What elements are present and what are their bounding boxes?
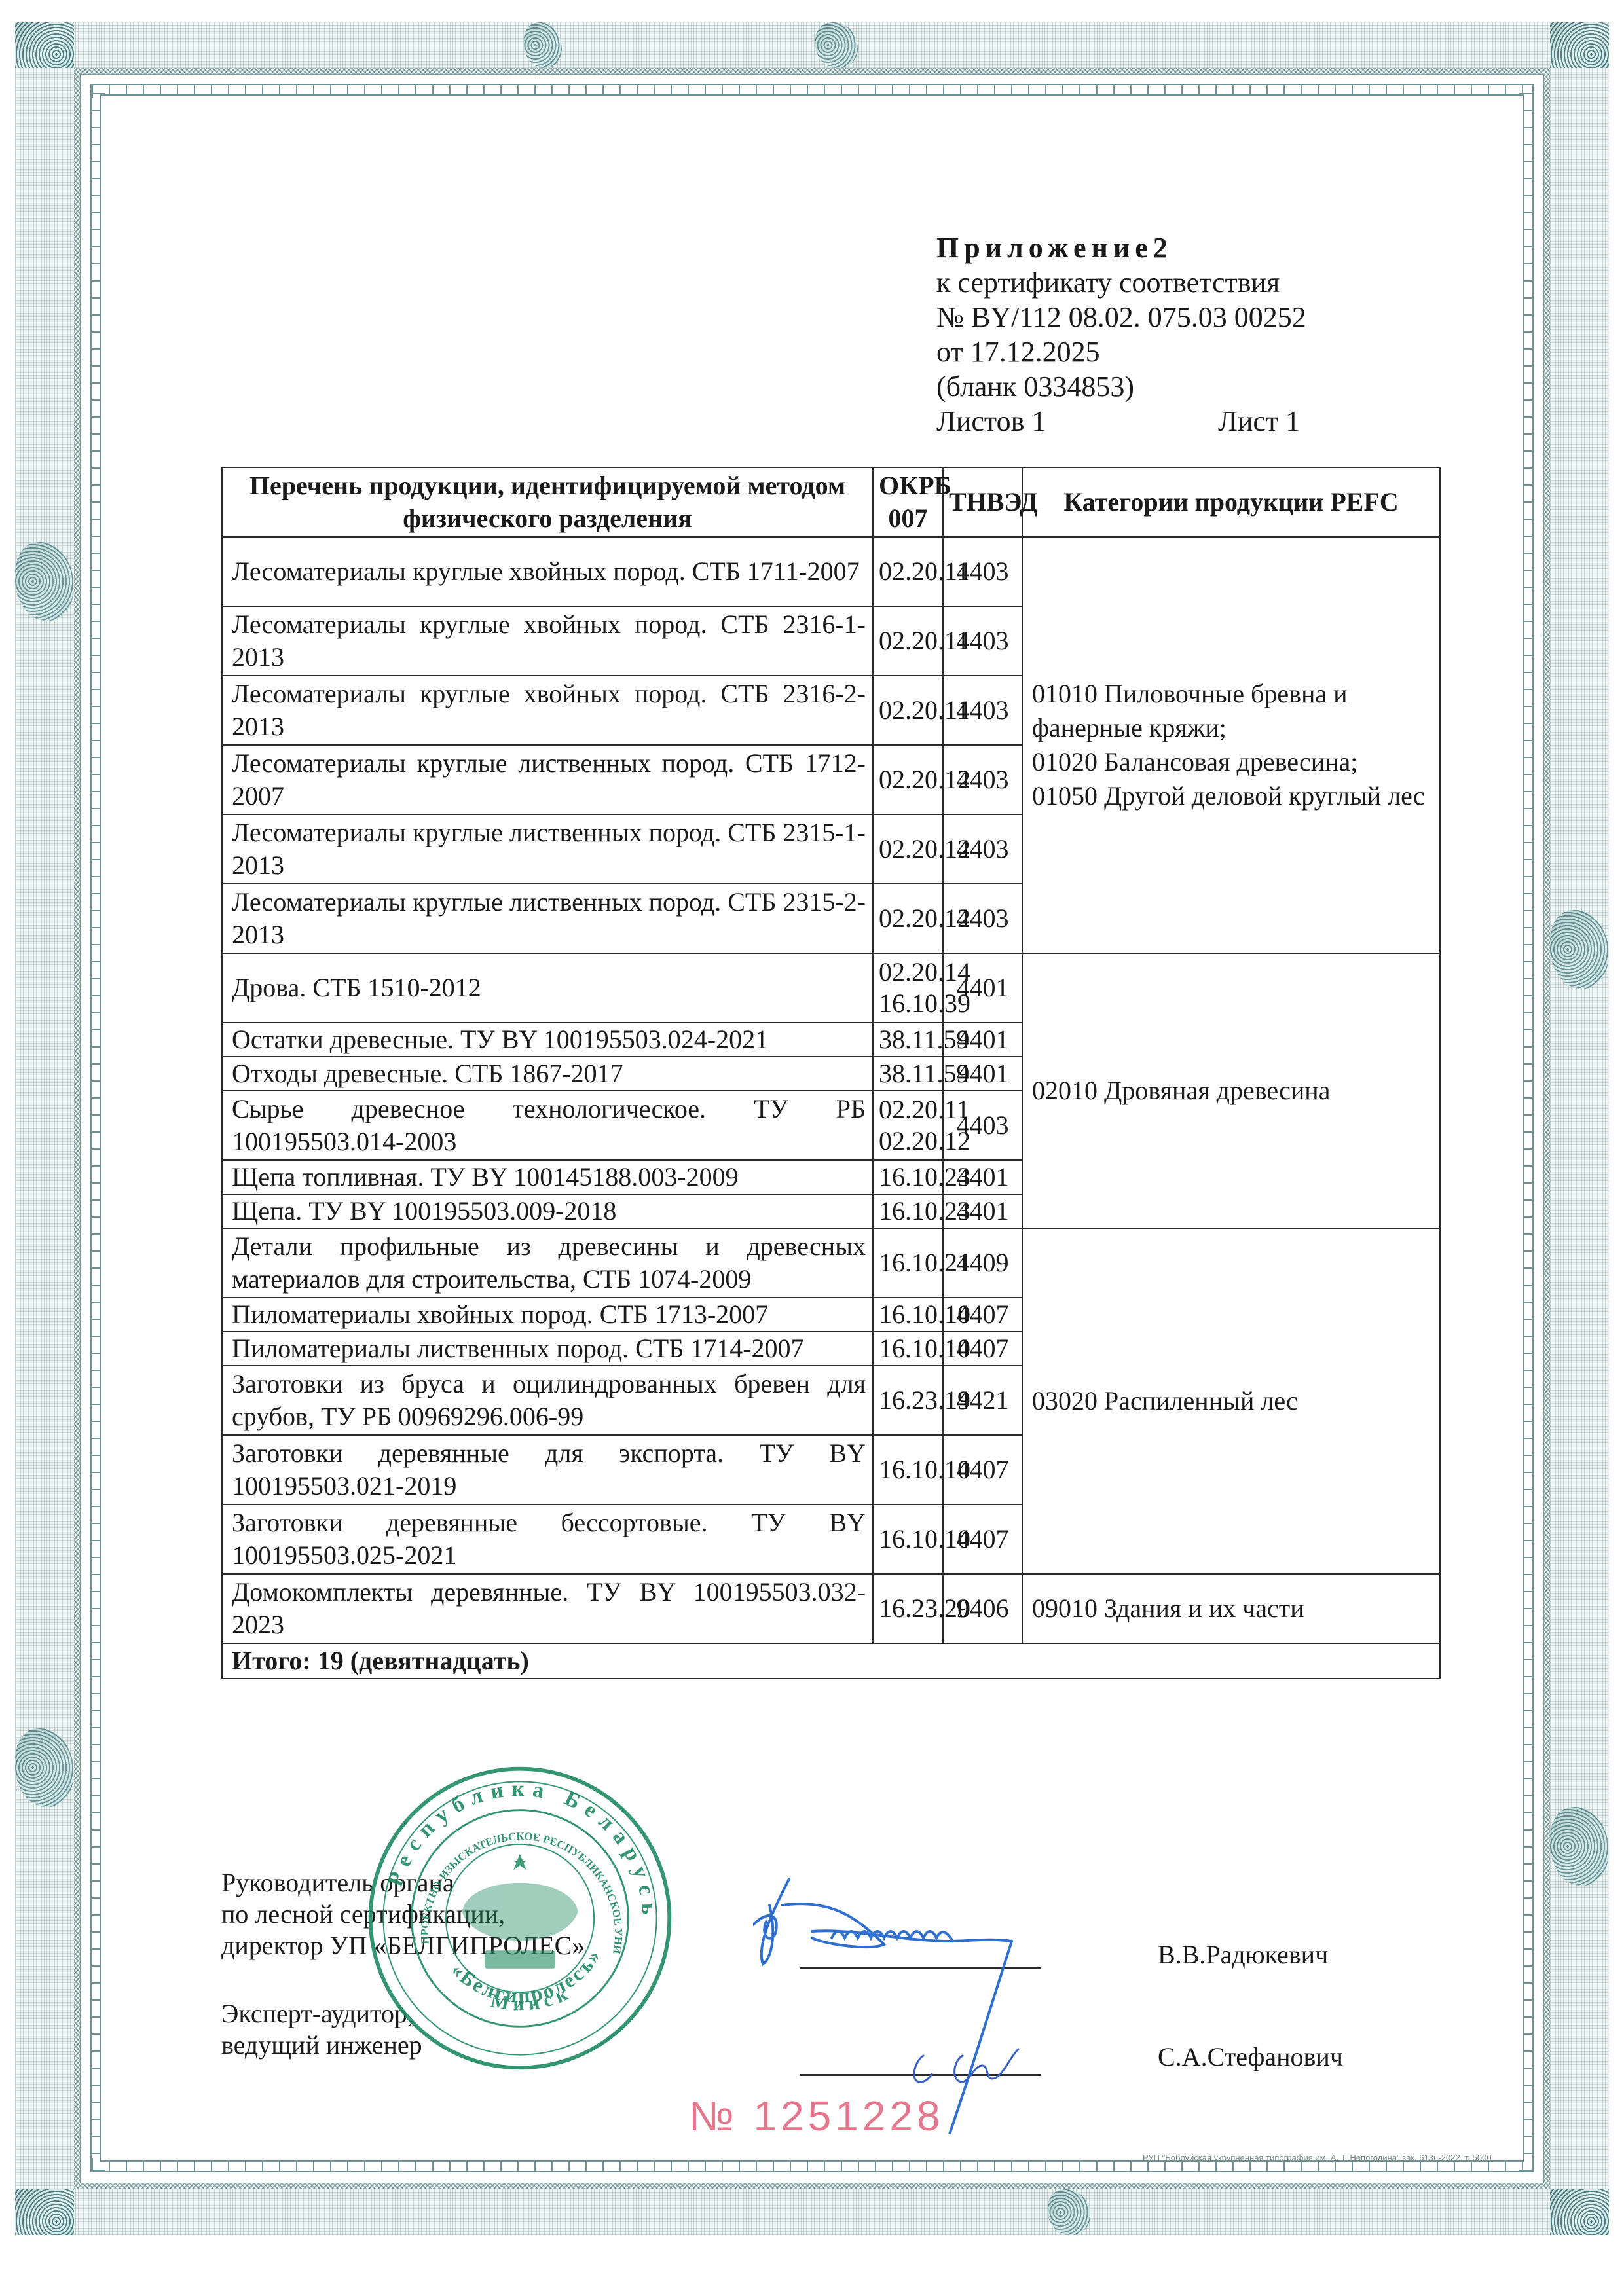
- product-name: Дрова. СТБ 1510-2012: [222, 953, 873, 1023]
- okrb-code-value: 02.20.12: [879, 764, 937, 795]
- blank-serial-number: № 1251228: [689, 2092, 944, 2140]
- annex-certificate-number: № BY/112 08.02. 075.03 00252: [936, 300, 1306, 335]
- okrb-code-value: 16.23.20: [879, 1593, 937, 1624]
- okrb-code-value: 02.20.12: [879, 1125, 937, 1157]
- table-row: Лесоматериалы круглые хвойных пород. СТБ…: [222, 537, 1440, 606]
- corner-rosette-bl: [15, 2189, 74, 2235]
- okrb-code-value: 02.20.12: [879, 903, 937, 934]
- pefc-category: 09010 Здания и их части: [1022, 1574, 1440, 1643]
- corner-rosette-tl: [15, 22, 74, 68]
- product-name: Заготовки из бруса и оцилиндрованных бре…: [222, 1366, 873, 1435]
- okrb-code-value: 02.20.11: [879, 1094, 937, 1125]
- product-name: Заготовки деревянные бессортовые. ТУ BY …: [222, 1504, 873, 1574]
- okrb-code: 02.20.12: [873, 884, 943, 953]
- annex-date: от 17.12.2025: [936, 335, 1306, 369]
- product-name: Отходы древесные. СТБ 1867-2017: [222, 1057, 873, 1091]
- product-name: Домокомплекты деревянные. ТУ BY 10019550…: [222, 1574, 873, 1643]
- product-name: Пиломатериалы хвойных пород. СТБ 1713-20…: [222, 1298, 873, 1332]
- okrb-code: 16.23.19: [873, 1366, 943, 1435]
- sheet-current: Лист 1: [1218, 404, 1300, 439]
- okrb-code: 16.10.10: [873, 1332, 943, 1366]
- okrb-code-value: 16.10.21: [879, 1247, 937, 1279]
- product-name: Заготовки деревянные для экспорта. ТУ BY…: [222, 1435, 873, 1504]
- table-row: Дрова. СТБ 1510-201202.20.1416.10.394401…: [222, 953, 1440, 1023]
- okrb-code: 02.20.1416.10.39: [873, 953, 943, 1023]
- okrb-code: 16.10.23: [873, 1194, 943, 1228]
- okrb-code-value: 38.11.59: [879, 1024, 937, 1055]
- okrb-code-value: 02.20.14: [879, 957, 937, 988]
- header-pefc-category: Категории продукции PEFC: [1022, 467, 1440, 537]
- pefc-category: 03020 Распиленный лес: [1022, 1228, 1440, 1574]
- okrb-code: 16.10.10: [873, 1298, 943, 1332]
- sheets-row: Листов 1 Лист 1: [936, 404, 1306, 439]
- product-name: Щепа. ТУ BY 100195503.009-2018: [222, 1194, 873, 1228]
- annex-title: Приложение2: [936, 230, 1306, 265]
- corner-rosette-tr: [1550, 22, 1609, 68]
- okrb-code: 16.23.20: [873, 1574, 943, 1643]
- product-name: Лесоматериалы круглые лиственных пород. …: [222, 884, 873, 953]
- okrb-code: 02.20.11: [873, 537, 943, 606]
- okrb-code: 16.10.23: [873, 1160, 943, 1194]
- okrb-code-value: 02.20.11: [879, 556, 937, 587]
- product-name: Детали профильные из древесины и древесн…: [222, 1228, 873, 1298]
- product-name: Лесоматериалы круглые хвойных пород. СТБ…: [222, 606, 873, 676]
- product-name: Лесоматериалы круглые лиственных пород. …: [222, 745, 873, 814]
- printer-imprint: РУП "Бобруйская укрупненная типография и…: [1143, 2153, 1492, 2162]
- product-name: Щепа топливная. ТУ BY 100145188.003-2009: [222, 1160, 873, 1194]
- okrb-code-value: 02.20.11: [879, 695, 937, 726]
- corner-rosette-br: [1550, 2189, 1609, 2235]
- okrb-code-value: 16.10.10: [879, 1454, 937, 1485]
- official-seal: Республика Беларусь ПРОЕКТНО-ИЗЫСКАТЕЛЬС…: [359, 1755, 681, 2082]
- okrb-code-value: 16.23.19: [879, 1385, 937, 1416]
- okrb-code-value: 16.10.10: [879, 1299, 937, 1330]
- pefc-category: 01010 Пиловочные бревна и фанерные кряжи…: [1022, 537, 1440, 953]
- table-total: Итого: 19 (девятнадцать): [222, 1643, 1440, 1679]
- product-name: Пиломатериалы лиственных пород. СТБ 1714…: [222, 1332, 873, 1366]
- product-name: Остатки древесные. ТУ BY 100195503.024-2…: [222, 1023, 873, 1057]
- okrb-code-value: 16.10.23: [879, 1161, 937, 1193]
- okrb-code-value: 16.10.39: [879, 988, 937, 1019]
- table-row: Детали профильные из древесины и древесн…: [222, 1228, 1440, 1298]
- okrb-code: 02.20.11: [873, 606, 943, 676]
- okrb-code: 16.10.21: [873, 1228, 943, 1298]
- okrb-code: 16.10.10: [873, 1435, 943, 1504]
- product-name: Лесоматериалы круглые лиственных пород. …: [222, 814, 873, 884]
- okrb-code: 38.11.59: [873, 1023, 943, 1057]
- header-product-list: Перечень продукции, идентифицируемой мет…: [222, 467, 873, 537]
- okrb-code-value: 38.11.59: [879, 1058, 937, 1089]
- okrb-code-value: 16.10.23: [879, 1195, 937, 1227]
- sheets-total: Листов 1: [936, 404, 1218, 439]
- okrb-code-value: 02.20.12: [879, 833, 937, 865]
- product-name: Лесоматериалы круглые хвойных пород. СТБ…: [222, 537, 873, 606]
- table-row: Домокомплекты деревянные. ТУ BY 10019550…: [222, 1574, 1440, 1643]
- annex-certificate-ref: к сертификату соответствия: [936, 265, 1306, 300]
- okrb-code-value: 16.10.10: [879, 1333, 937, 1364]
- product-name: Лесоматериалы круглые хвойных пород. СТБ…: [222, 676, 873, 745]
- okrb-code-value: 16.10.10: [879, 1523, 937, 1555]
- annex-header: Приложение2 к сертификату соответствия №…: [936, 230, 1306, 439]
- annex-blank-number: (бланк 0334853): [936, 369, 1306, 404]
- okrb-code: 38.11.59: [873, 1057, 943, 1091]
- okrb-code: 02.20.1102.20.12: [873, 1091, 943, 1160]
- table-header-row: Перечень продукции, идентифицируемой мет…: [222, 467, 1440, 537]
- pefc-category: 02010 Дровяная древесина: [1022, 953, 1440, 1228]
- okrb-code: 02.20.11: [873, 676, 943, 745]
- okrb-code: 02.20.12: [873, 814, 943, 884]
- product-name: Сырье древесное технологическое. ТУ РБ 1…: [222, 1091, 873, 1160]
- product-table: Перечень продукции, идентифицируемой мет…: [221, 467, 1441, 1679]
- okrb-code: 16.10.10: [873, 1504, 943, 1574]
- header-okrb: ОКРБ 007: [873, 467, 943, 537]
- okrb-code-value: 02.20.11: [879, 625, 937, 657]
- okrb-code: 02.20.12: [873, 745, 943, 814]
- table-total-row: Итого: 19 (девятнадцать): [222, 1643, 1440, 1679]
- header-tnved: ТНВЭД: [943, 467, 1022, 537]
